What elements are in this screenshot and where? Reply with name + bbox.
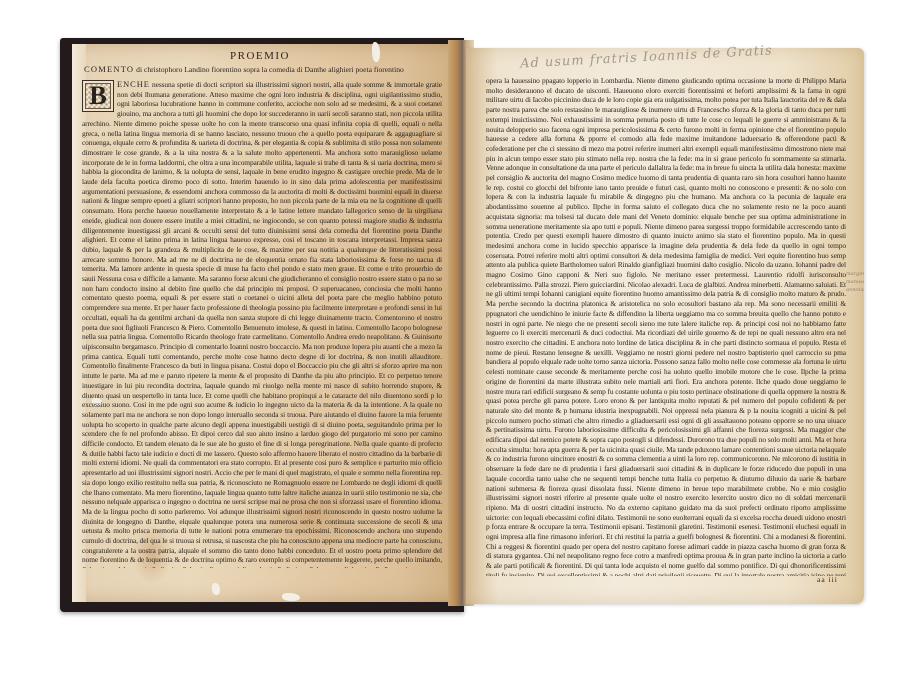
body-paragraph-1: nessuna spetie di docti scriptori sia il… [82,80,442,568]
marginal-annotations: marginal manuscript annotations [846,270,864,530]
decorated-initial: B [82,80,114,112]
commentary-title-line: COMENTO di christophoro Landino fiorenti… [84,64,444,74]
title-caps: COMENTO [84,64,134,74]
title-rest: di christophoro Landino fiorentino sopra… [134,65,404,74]
paper-tear [212,583,220,595]
running-head: PROEMIO [72,50,448,62]
left-page-text: B ENCHE nessuna spetie di docti scriptor… [82,80,442,568]
signature-mark: aa iii [817,575,838,584]
body-paragraph: opera la hauessino ppagato lopperio in L… [486,76,846,576]
right-page-text: opera la hauessino ppagato lopperio in L… [486,76,846,576]
open-book: PROEMIO COMENTO di christophoro Landino … [0,0,900,673]
paper-tear [282,593,300,601]
opening-caps: ENCHE [117,80,150,89]
